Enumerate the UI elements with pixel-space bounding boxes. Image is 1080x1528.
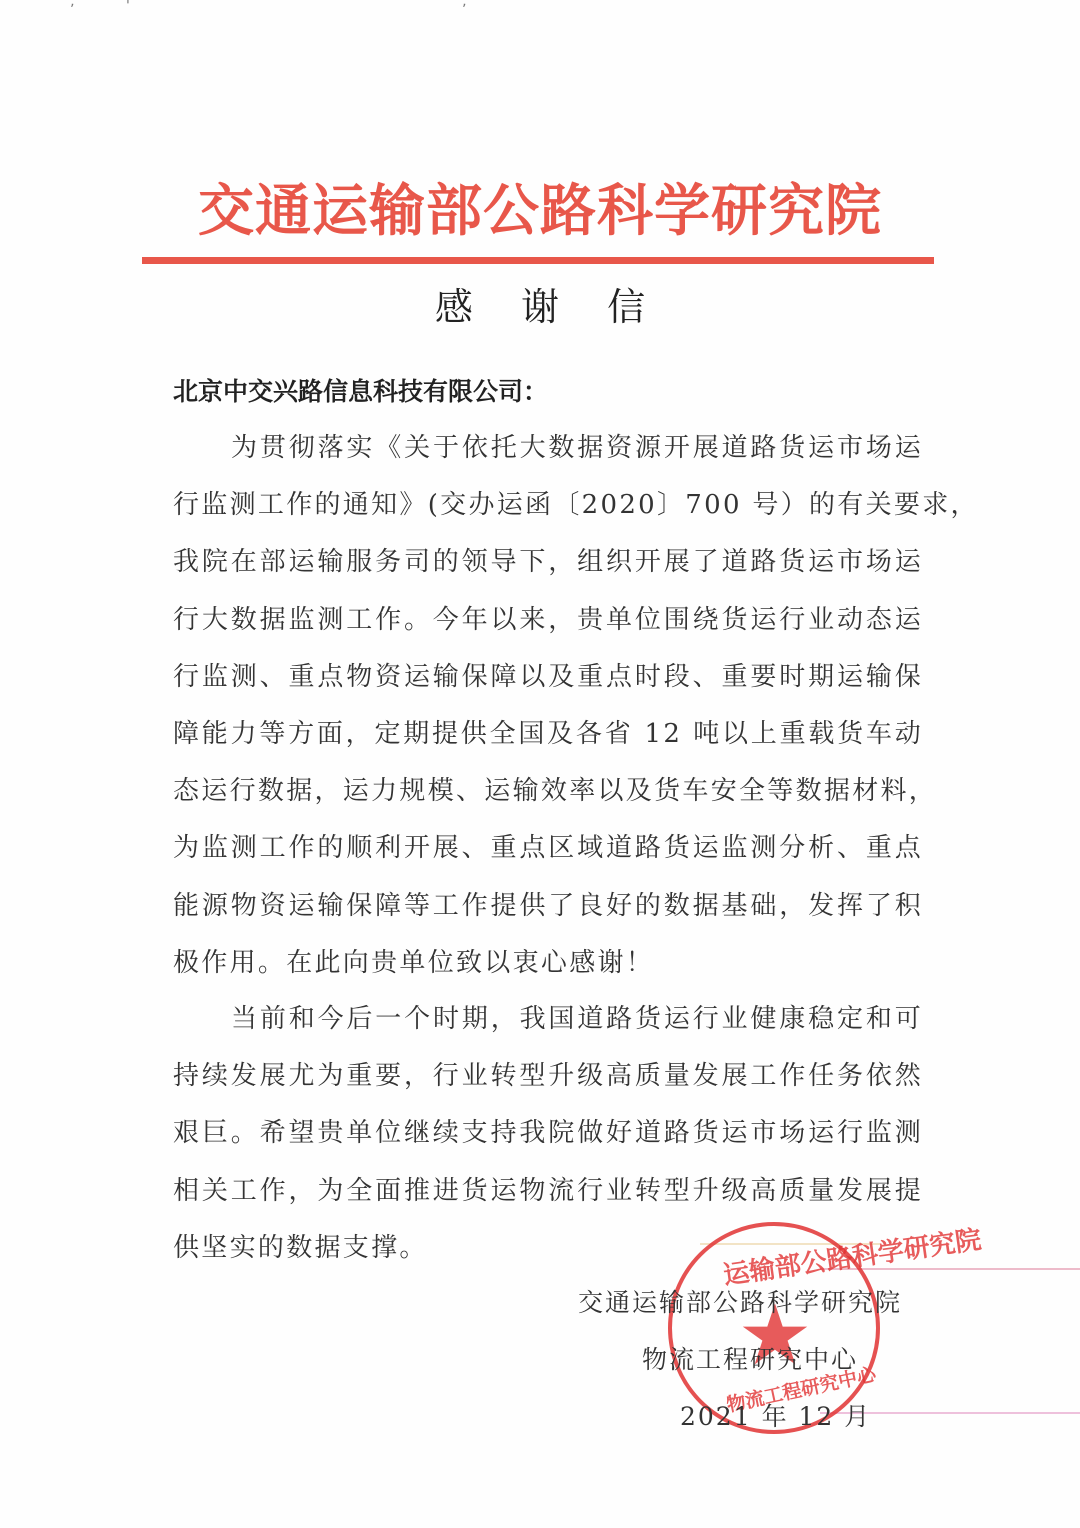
paragraph-line: 行大数据监测工作。今年以来，贵单位围绕货运行业动态运 (173, 592, 923, 649)
paragraph-line: 障能力等方面，定期提供全国及各省 12 吨以上重载货车动 (173, 706, 923, 763)
paragraph-line: 为监测工作的顺利开展、重点区域道路货运监测分析、重点 (173, 820, 923, 877)
paragraph-line: 持续发展尤为重要，行业转型升级高质量发展工作任务依然 (173, 1048, 923, 1105)
scan-artifact: ʼ (462, 2, 466, 18)
signature-department: 物流工程研究中心 (642, 1340, 858, 1380)
paragraph-line: 态运行数据，运力规模、运输效率以及货车安全等数据材料， (173, 763, 923, 820)
paragraph-line: 我院在部运输服务司的领导下，组织开展了道路货运市场运 (173, 534, 923, 591)
paragraph-line: 当前和今后一个时期，我国道路货运行业健康稳定和可 (173, 991, 923, 1048)
salutation: 北京中交兴路信息科技有限公司： (173, 372, 548, 412)
signature-date: 2021 年 12 月 (680, 1397, 871, 1437)
document-title: 感 谢 信 (0, 282, 1080, 332)
scan-artifact: ʼ (70, 2, 74, 18)
paragraph-line: 极作用。在此向贵单位致以衷心感谢！ (173, 935, 923, 992)
scan-artifact: ' (126, 0, 130, 14)
paragraph-line: 艰巨。希望贵单位继续支持我院做好道路货运市场运行监测 (173, 1105, 923, 1162)
letterhead-organization: 交通运输部公路科学研究院 (0, 172, 1080, 252)
paragraph-line: 为贯彻落实《关于依托大数据资源开展道路货运市场运 (173, 420, 923, 477)
paragraph-line: 行监测、重点物资运输保障以及重点时段、重要时期运输保 (173, 649, 923, 706)
letterhead-divider (142, 257, 934, 264)
paragraph-line: 行监测工作的通知》(交办运函〔2020〕700 号）的有关要求， (173, 477, 923, 534)
paragraph-line: 能源物资运输保障等工作提供了良好的数据基础，发挥了积 (173, 878, 923, 935)
paragraph-1: 为贯彻落实《关于依托大数据资源开展道路货运市场运 行监测工作的通知》(交办运函〔… (173, 420, 923, 992)
paragraph-2: 当前和今后一个时期，我国道路货运行业健康稳定和可 持续发展尤为重要，行业转型升级… (173, 991, 923, 1277)
paragraph-line: 相关工作，为全面推进货运物流行业转型升级高质量发展提 (173, 1163, 923, 1220)
signature-organization: 交通运输部公路科学研究院 (578, 1283, 902, 1323)
paragraph-line: 供坚实的数据支撑。 (173, 1220, 923, 1277)
